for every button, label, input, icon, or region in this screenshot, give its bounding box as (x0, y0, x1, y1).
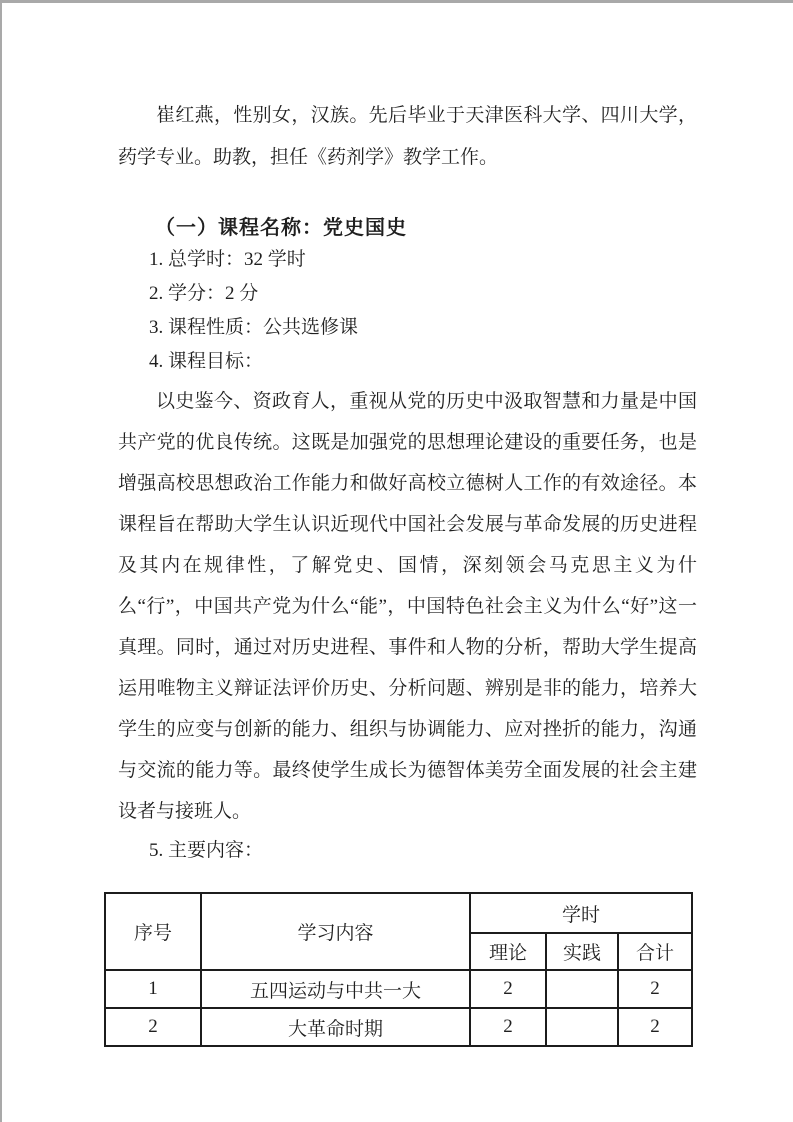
attr-total-hours: 1. 总学时：32 学时 (118, 243, 697, 277)
cell-content: 大革命时期 (201, 1008, 470, 1046)
cell-practice (546, 1008, 618, 1046)
bio-paragraph: 崔红燕，性别女，汉族。先后毕业于天津医科大学、四川大学，药学专业。助教，担任《药… (118, 95, 697, 178)
cell-content: 五四运动与中共一大 (201, 970, 470, 1008)
cell-theory: 2 (470, 970, 546, 1008)
page-content: 崔红燕，性别女，汉族。先后毕业于天津医科大学、四川大学，药学专业。助教，担任《药… (2, 3, 793, 1047)
table-header-row-1: 序号 学习内容 学时 (105, 893, 692, 933)
attr-credits: 2. 学分：2 分 (118, 277, 697, 311)
cell-practice (546, 970, 618, 1008)
attr-course-objective-label: 4. 课程目标： (118, 345, 697, 379)
cell-no: 2 (105, 1008, 201, 1046)
section-heading: （一）课程名称：党史国史 (118, 213, 697, 243)
attr-course-type: 3. 课程性质：公共选修课 (118, 311, 697, 345)
header-cell-no: 序号 (105, 893, 201, 970)
cell-total: 2 (618, 1008, 692, 1046)
main-content-label: 5. 主要内容： (118, 834, 697, 868)
table-row: 1 五四运动与中共一大 2 2 (105, 970, 692, 1008)
cell-theory: 2 (470, 1008, 546, 1046)
header-cell-content: 学习内容 (201, 893, 470, 970)
document-page: { "document": { "bio": "崔红燕，性别女，汉族。先后毕业于… (0, 0, 793, 1122)
header-cell-practice: 实践 (546, 933, 618, 970)
header-cell-total: 合计 (618, 933, 692, 970)
table-row: 2 大革命时期 2 2 (105, 1008, 692, 1046)
course-schedule-table: 序号 学习内容 学时 理论 实践 合计 1 五四运动与中共一大 2 2 2 大革… (104, 892, 693, 1047)
course-objective-paragraph: 以史鉴今、资政育人，重视从党的历史中汲取智慧和力量是中国共产党的优良传统。这既是… (118, 381, 697, 832)
course-attribute-list: 1. 总学时：32 学时 2. 学分：2 分 3. 课程性质：公共选修课 4. … (118, 243, 697, 379)
cell-no: 1 (105, 970, 201, 1008)
header-cell-theory: 理论 (470, 933, 546, 970)
header-cell-hours-group: 学时 (470, 893, 692, 933)
cell-total: 2 (618, 970, 692, 1008)
